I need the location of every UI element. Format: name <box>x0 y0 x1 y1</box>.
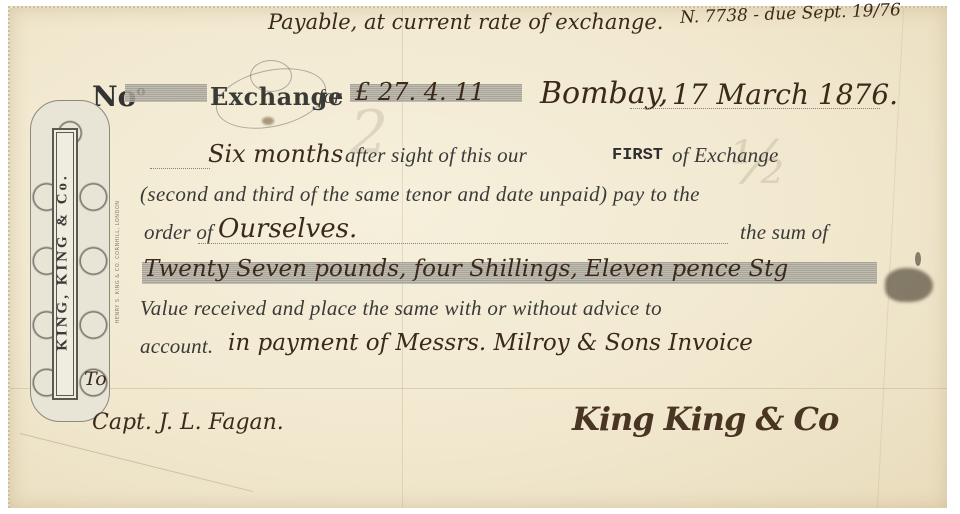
tenor-handwritten: Six months <box>208 140 343 168</box>
issue-date: 17 March 1876. <box>672 78 898 111</box>
ink-stain <box>262 117 274 125</box>
payment-reference: in payment of Messrs. Milroy & Sons Invo… <box>228 330 753 356</box>
sum-of-label: the sum of <box>740 220 828 245</box>
payable-annotation: Payable, at current rate of exchange. <box>268 10 663 34</box>
printer-credit: HENRY S. KING & CO. CORNHILL, LONDON <box>115 200 121 323</box>
for-label: for <box>318 86 342 109</box>
drawee-name: Capt. J. L. Fagan. <box>92 410 284 435</box>
to-label: To <box>84 368 107 390</box>
body-line5-text: Value received and place the same with o… <box>140 296 662 321</box>
first-label: FIRST <box>612 146 663 165</box>
payee-name: Ourselves. <box>218 214 357 244</box>
body-line1-end: of Exchange <box>672 143 779 168</box>
amount-figures: £ 27. 4. 11 <box>355 78 485 106</box>
amount-in-words: Twenty Seven pounds, four Shillings, Ele… <box>144 256 788 282</box>
order-of-label: order of <box>144 220 213 245</box>
number-field-band <box>125 84 207 102</box>
fold-crease <box>10 388 947 389</box>
drawer-signature: King King & Co <box>572 400 838 438</box>
ink-stain <box>915 252 921 266</box>
drawer-firm-name: KING, KING & Co. <box>55 173 72 351</box>
body-line1-text: after sight of this our <box>345 143 527 168</box>
leader-rule <box>150 168 210 169</box>
ink-stain <box>885 268 933 302</box>
account-label: account. <box>140 334 213 359</box>
body-line2-text: (second and third of the same tenor and … <box>140 182 700 207</box>
fold-crease <box>20 433 253 492</box>
place-of-issue: Bombay, <box>540 76 668 111</box>
